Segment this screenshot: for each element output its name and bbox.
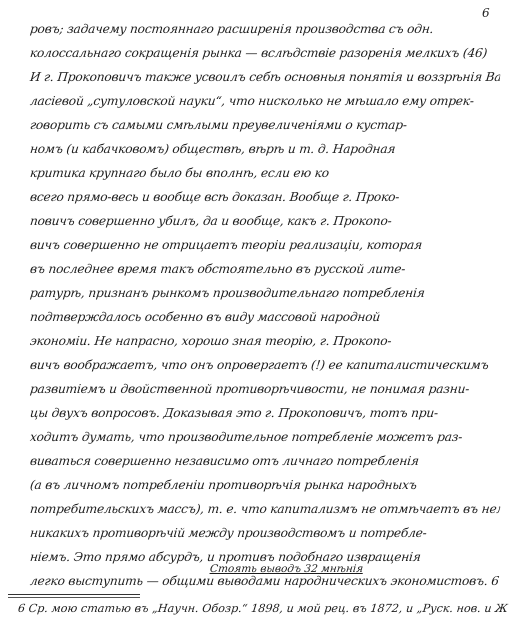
page-number: 6 xyxy=(482,6,490,20)
manuscript-line: вичъ совершенно не отрицаетъ теоріи реал… xyxy=(29,238,500,252)
manuscript-line: критика крупнаго было бы вполнѣ, если ею… xyxy=(29,166,500,180)
manuscript-line: подтверждалось особенно въ виду массовой… xyxy=(29,310,500,324)
manuscript-line: говорить съ самыми смѣлыми преувеличенія… xyxy=(29,118,500,132)
footnote: 6 Ср. мою статью въ „Научн. Обозр.“ 1898… xyxy=(17,602,508,615)
manuscript-line: ратурѣ, признанъ рынкомъ производительна… xyxy=(29,286,500,300)
manuscript-line: экономіи. Не напрасно, хорошо зная теорі… xyxy=(29,334,500,348)
manuscript-line: И г. Прокоповичъ также усвоилъ себѣ осно… xyxy=(29,70,500,84)
manuscript-line: номъ (и кабачковомъ) обществѣ, вѣрѣ и т.… xyxy=(29,142,500,156)
manuscript-line: легко выступить — общими выводами народн… xyxy=(29,574,500,588)
manuscript-line: потребительскихъ массъ), т. е. что капит… xyxy=(29,502,500,516)
footnote-divider-double xyxy=(8,597,140,598)
manuscript-line: (а въ личномъ потребленіи противорѣчія р… xyxy=(29,478,500,492)
manuscript-line: виваться совершенно независимо отъ лична… xyxy=(29,454,500,468)
manuscript-line: ніемъ. Это прямо абсурдъ, и противъ подо… xyxy=(29,550,500,564)
manuscript-line: развитіемъ и двойственной противорѣчивос… xyxy=(29,382,500,396)
manuscript-line: въ последнее время такъ обстоятельно въ … xyxy=(29,262,500,276)
manuscript-line: всего прямо-весь и вообще всѣ доказан. В… xyxy=(29,190,500,204)
manuscript-line: повичъ совершенно убилъ, да и вообще, ка… xyxy=(29,214,500,228)
manuscript-line: ходитъ думать, что производительное потр… xyxy=(29,430,500,444)
manuscript-line: цы двухъ вопросовъ. Доказывая это г. Про… xyxy=(29,406,500,420)
manuscript-line: колоссальнаго сокращенія рынка — вслѣдст… xyxy=(29,46,500,60)
footnote-divider xyxy=(8,594,140,595)
manuscript-line: ласіевой „сутуловской науки“, что нискол… xyxy=(29,94,500,108)
manuscript-line: никакихъ противорѣчій между производство… xyxy=(29,526,500,540)
manuscript-line: ровъ; задачему постояннаго расширенія пр… xyxy=(29,22,500,36)
manuscript-line: вичъ воображаетъ, что онъ опровергаетъ (… xyxy=(29,358,500,372)
manuscript-page: 6 ровъ; задачему постояннаго расширенія … xyxy=(0,0,518,626)
